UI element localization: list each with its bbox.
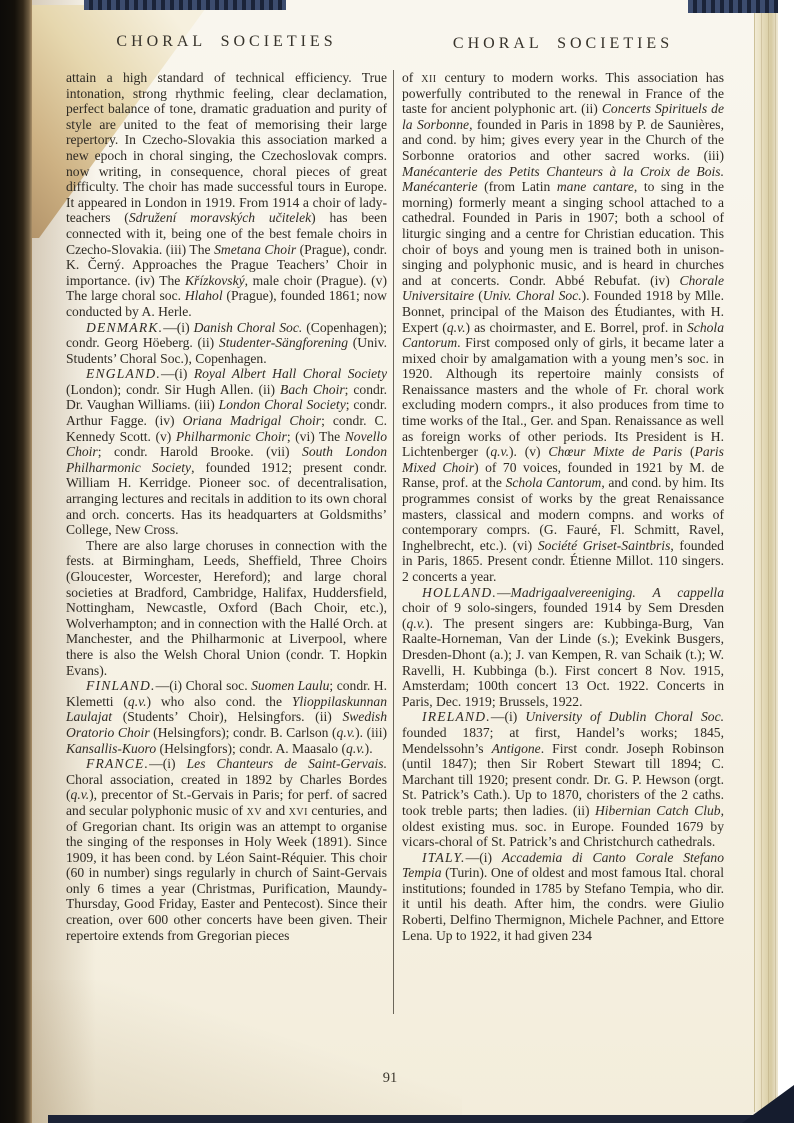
text-run: —(i) (161, 366, 194, 381)
text-run: Manécanterie des Petits Chanteurs à la C… (402, 164, 724, 179)
text-run: q.v. (346, 741, 365, 756)
paragraph: ITALY.—(i) Accademia di Canto Corale Ste… (402, 850, 724, 944)
text-run: ; condr. Harold Brooke. (vii) (98, 444, 302, 459)
text-run: , to sing in the morning) formerly meant… (402, 179, 724, 288)
text-run: ( (474, 288, 483, 303)
text-run: (London); condr. Sir Hugh Allen. (ii) (66, 382, 280, 397)
text-run: (Helsingfors); condr. A. Maasalo ( (156, 741, 346, 756)
text-run: xv (247, 803, 262, 818)
text-run: Křízkovský (185, 273, 245, 288)
text-run: q.v. (337, 725, 356, 740)
text-run: Chœur Mixte de Paris (548, 444, 682, 459)
country-headword: IRELAND. (422, 709, 491, 724)
text-run: — (497, 585, 511, 600)
text-run: —(i) (163, 320, 193, 335)
text-run: Antigone (492, 741, 541, 756)
text-run: Royal Albert Hall Choral Society (194, 366, 387, 381)
text-run: (Students’ Choir), Helsingfors. (ii) (112, 709, 342, 724)
text-run: mane cantare (557, 179, 634, 194)
text-run: London Choral Society (219, 397, 346, 412)
text-run: q.v. (407, 616, 426, 631)
paragraph: There are also large choruses in connect… (66, 538, 387, 678)
text-run: q.v. (71, 787, 90, 802)
text-run: ). The present singers are: Kubbinga-Bur… (402, 616, 724, 709)
text-run: Les Chanteurs de Saint-Gervais. (187, 756, 387, 771)
text-run: ) who also cond. the (147, 694, 292, 709)
text-run: of (402, 70, 421, 85)
text-run: (Turin). One of oldest and most famous I… (402, 865, 724, 942)
paragraph: FINLAND.—(i) Choral soc. Suomen Laulu; c… (66, 678, 387, 756)
text-run: A cappella (652, 585, 724, 600)
text-run: —(i) (466, 850, 502, 865)
paragraph: attain a high standard of technical effi… (66, 70, 387, 320)
text-run: Philharmonic Choir (176, 429, 287, 444)
text-run: ). (365, 741, 373, 756)
book-page-photo: CHORAL SOCIETIES CHORAL SOCIETIES attain… (0, 0, 794, 1123)
text-run: Smetana Choir (214, 242, 296, 257)
text-run: . First composed only of girls, it becam… (402, 335, 724, 459)
page-number: 91 (360, 1070, 420, 1087)
text-run: —(i) (491, 709, 525, 724)
paragraph: ENGLAND.—(i) Royal Albert Hall Choral So… (66, 366, 387, 538)
text-run: ). (v) (509, 444, 548, 459)
text-run: Suomen Laulu (251, 678, 329, 693)
text-run: Madrigaalvereeniging. (511, 585, 636, 600)
text-run: Bach Choir (280, 382, 345, 397)
text-run: Schola Cantorum (506, 475, 602, 490)
text-column-left: attain a high standard of technical effi… (66, 70, 387, 943)
text-run: Studenter-Sängforening (219, 335, 348, 350)
text-run: Hibernian Catch Club (595, 803, 721, 818)
country-headword: DENMARK. (86, 320, 163, 335)
text-column-right: of xii century to modern works. This ass… (402, 70, 724, 943)
text-run: Hlahol (185, 288, 223, 303)
running-head-left: CHORAL SOCIETIES (66, 33, 387, 51)
country-headword: HOLLAND. (422, 585, 497, 600)
country-headword: FRANCE. (86, 756, 149, 771)
text-run: q.v. (490, 444, 509, 459)
text-run: q.v. (128, 694, 147, 709)
text-run (636, 585, 653, 600)
text-run: Société Griset-Saintbris (538, 538, 671, 553)
text-run: ; (vi) The (287, 429, 345, 444)
running-head-right: CHORAL SOCIETIES (402, 35, 724, 53)
text-run: —(i) (149, 756, 186, 771)
text-run: xii (421, 70, 436, 85)
text-run: Manécanterie (402, 179, 478, 194)
text-run: centuries, and of Gregorian chant. Its o… (66, 803, 387, 943)
text-run: q.v. (447, 320, 466, 335)
country-headword: ITALY. (422, 850, 466, 865)
text-run: Oriana Madrigal Choir (183, 413, 321, 428)
text-run: There are also large choruses in connect… (66, 538, 387, 678)
text-run: Sdružení moravských učitelek (129, 210, 311, 225)
text-run: Danish Choral Soc. (194, 320, 303, 335)
text-run: and (262, 803, 289, 818)
page-text-layer: CHORAL SOCIETIES CHORAL SOCIETIES attain… (0, 0, 794, 1123)
country-headword: ENGLAND. (86, 366, 161, 381)
text-run: xvi (289, 803, 308, 818)
country-headword: FINLAND. (86, 678, 156, 693)
text-run: Kansallis-Kuoro (66, 741, 156, 756)
text-run: (Helsingfors); condr. B. Carlson ( (150, 725, 337, 740)
paragraph: of xii century to modern works. This ass… (402, 70, 724, 585)
text-run: University of Dublin Choral Soc. (525, 709, 724, 724)
paragraph: HOLLAND.—Madrigaalvereeniging. A cappell… (402, 585, 724, 710)
paragraph: DENMARK.—(i) Danish Choral Soc. (Copenha… (66, 320, 387, 367)
text-run: ). (iii) (355, 725, 387, 740)
text-run: Univ. Choral Soc. (483, 288, 582, 303)
text-run: ( (682, 444, 694, 459)
text-run: —(i) Choral soc. (156, 678, 251, 693)
text-run: attain a high standard of technical effi… (66, 70, 387, 225)
column-divider (393, 70, 394, 1014)
text-run: ) as choirmaster, and E. Borrel, prof. i… (465, 320, 687, 335)
paragraph: IRELAND.—(i) University of Dublin Choral… (402, 709, 724, 849)
paragraph: FRANCE.—(i) Les Chanteurs de Saint-Gerva… (66, 756, 387, 943)
text-run: (from Latin (478, 179, 557, 194)
